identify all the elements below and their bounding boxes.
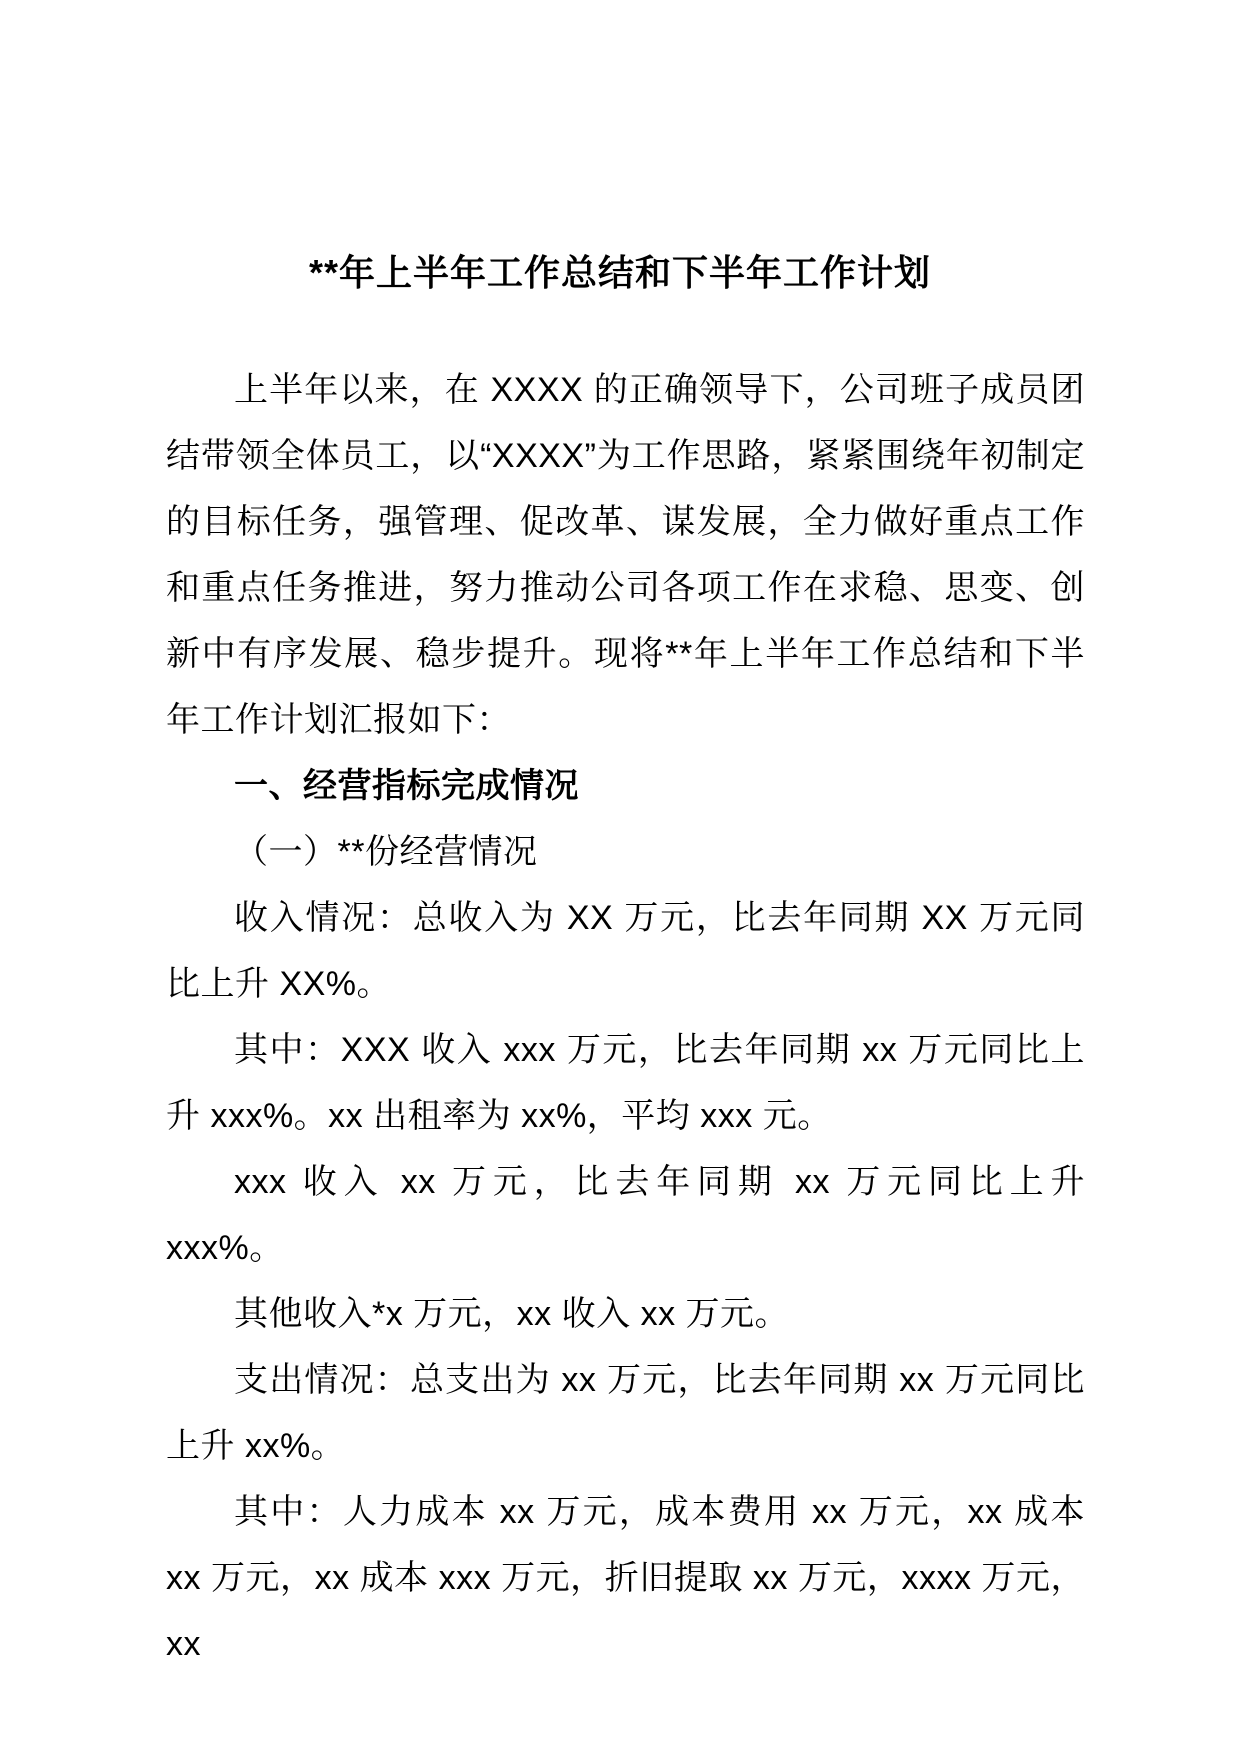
income-detail-paragraph-2: xxx 收入 xx 万元，比去年同期 xx 万元同比上升 xxx%。 — [166, 1149, 1085, 1281]
document-body: 上半年以来，在 XXXX 的正确领导下，公司班子成员团结带领全体员工，以“XXX… — [0, 294, 1240, 1677]
subsection-1-heading: （一）**份经营情况 — [166, 819, 1085, 885]
section-1-heading: 一、经营指标完成情况 — [166, 753, 1085, 819]
document-page: **年上半年工作总结和下半年工作计划 上半年以来，在 XXXX 的正确领导下，公… — [0, 0, 1240, 1754]
expense-detail-paragraph: 其中：人力成本 xx 万元，成本费用 xx 万元，xx 成本 xx 万元，xx … — [166, 1479, 1085, 1677]
document-title: **年上半年工作总结和下半年工作计划 — [0, 0, 1240, 294]
income-other-paragraph: 其他收入*x 万元，xx 收入 xx 万元。 — [166, 1281, 1085, 1347]
income-summary-paragraph: 收入情况：总收入为 XX 万元，比去年同期 XX 万元同比上升 XX%。 — [166, 885, 1085, 1017]
intro-paragraph: 上半年以来，在 XXXX 的正确领导下，公司班子成员团结带领全体员工，以“XXX… — [166, 357, 1085, 753]
expense-summary-paragraph: 支出情况：总支出为 xx 万元，比去年同期 xx 万元同比上升 xx%。 — [166, 1347, 1085, 1479]
income-detail-paragraph-1: 其中：XXX 收入 xxx 万元，比去年同期 xx 万元同比上升 xxx%。xx… — [166, 1017, 1085, 1149]
